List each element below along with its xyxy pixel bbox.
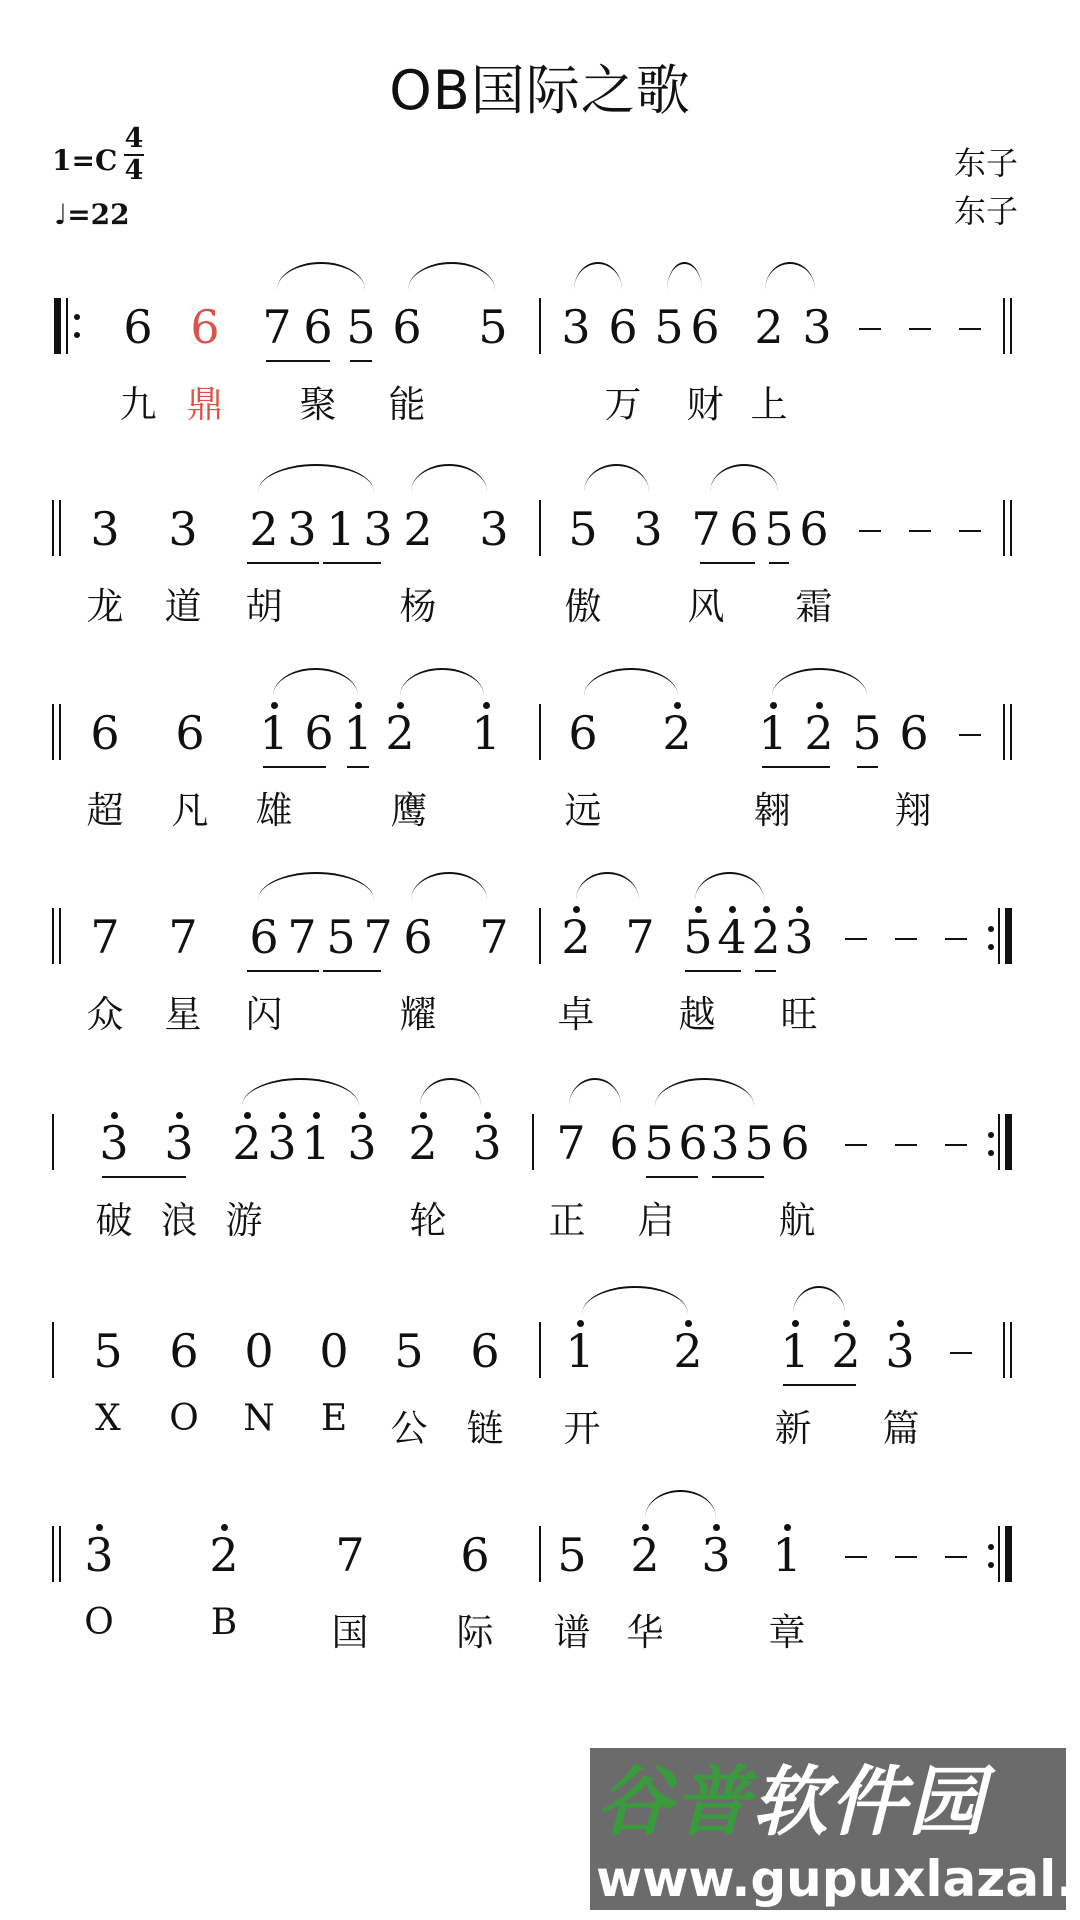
lyric: 上 [744, 374, 794, 428]
note-high: 2 [799, 710, 839, 756]
note: 5 [389, 1328, 429, 1374]
double-barline [52, 500, 54, 556]
note-digit: 3 [267, 1116, 296, 1170]
lyric: 星 [158, 984, 208, 1038]
octave-dot [176, 1112, 183, 1119]
repeat-end-thick-bar [1005, 1114, 1012, 1170]
slur [420, 1078, 481, 1106]
note-high: 1 [560, 1328, 600, 1374]
octave-dot [763, 906, 770, 913]
note-digit: 3 [99, 1116, 128, 1170]
note: 6 [164, 1328, 204, 1374]
note-high: 1 [767, 1532, 807, 1578]
note-digit: 1 [772, 1528, 801, 1582]
octave-dot [359, 1112, 366, 1119]
watermark-brand-green: 谷普 [596, 1757, 752, 1846]
note: 5 [341, 304, 381, 350]
lyric: X [83, 1398, 133, 1439]
composer: 东子 [954, 186, 1018, 232]
slur [576, 872, 639, 900]
note-digit: 2 [662, 706, 691, 760]
lyric: 翱 [747, 780, 797, 834]
lyric: 浪 [154, 1190, 204, 1244]
repeat-dot [988, 1150, 994, 1156]
barline [539, 908, 541, 964]
underline-eighth [712, 1176, 764, 1178]
note-digit: 1 [780, 1324, 809, 1378]
note-digit: 1 [565, 1324, 594, 1378]
lyric: 万 [598, 374, 648, 428]
octave-dot [313, 1112, 320, 1119]
note: 7 [257, 304, 297, 350]
repeat-dot [74, 332, 80, 338]
underline-eighth [857, 766, 878, 768]
lyric: 旺 [774, 984, 824, 1038]
slur [411, 872, 487, 900]
note-high: 3 [342, 1120, 382, 1166]
hold-dash [895, 1144, 917, 1146]
slur [772, 668, 867, 696]
octave-dot [685, 1320, 692, 1327]
watermark-url: www.gupuxlazal.com [596, 1852, 1080, 1906]
repeat-end-thick-bar [1005, 908, 1012, 964]
lyric: E [309, 1398, 359, 1439]
octave-dot [221, 1524, 228, 1531]
hold-dash [945, 1144, 967, 1146]
note-high: 2 [380, 710, 420, 756]
note-digit: 3 [784, 910, 813, 964]
lyric: N [234, 1398, 284, 1439]
underline-eighth [347, 766, 369, 768]
lyric-highlighted: 鼎 [180, 374, 230, 428]
repeat-dot [988, 926, 994, 932]
note-digit: 3 [472, 1116, 501, 1170]
tempo-value: =22 [67, 198, 129, 231]
staff-row-2: 3 3 2 3 1 3 2 3 5 3 7 6 5 6 龙 道 胡 杨 傲 风 … [0, 506, 1080, 626]
barline [539, 704, 541, 760]
underline-eighth [102, 1176, 186, 1178]
lyric: 鹰 [384, 780, 434, 834]
note-high: 1 [466, 710, 506, 756]
note: 2 [398, 506, 438, 552]
slur [667, 262, 702, 290]
double-barline [52, 1526, 54, 1582]
note-high: 2 [826, 1328, 866, 1374]
slur [258, 464, 374, 492]
note: 5 [88, 1328, 128, 1374]
hold-dash [859, 328, 881, 330]
repeat-dot [988, 944, 994, 950]
note-digit: 5 [683, 910, 712, 964]
underline-eighth [350, 360, 372, 362]
note-high: 1 [254, 710, 294, 756]
octave-dot [816, 702, 823, 709]
hold-dash [959, 328, 981, 330]
time-signature: 4 4 [122, 124, 146, 186]
octave-dot [96, 1524, 103, 1531]
slur [793, 1286, 845, 1314]
note: 3 [797, 304, 837, 350]
double-barline [52, 704, 54, 760]
note: 3 [556, 304, 596, 350]
octave-dot [642, 1524, 649, 1531]
slur [277, 262, 365, 290]
note: 7 [358, 914, 398, 960]
slur [569, 1078, 621, 1106]
note: 7 [620, 914, 660, 960]
lyric: 航 [772, 1190, 822, 1244]
double-barline [1003, 704, 1005, 760]
note: 6 [563, 710, 603, 756]
note-high: 3 [159, 1120, 199, 1166]
octave-dot [111, 1112, 118, 1119]
lyric: 众 [80, 984, 130, 1038]
underline-eighth [247, 970, 319, 972]
note-digit: 2 [385, 706, 414, 760]
note: 5 [649, 304, 689, 350]
double-barline [52, 908, 54, 964]
hold-dash [895, 938, 917, 940]
octave-dot [577, 1320, 584, 1327]
lyric: 远 [558, 780, 608, 834]
lyric: 轮 [403, 1190, 453, 1244]
lyric: 雄 [249, 780, 299, 834]
note-high: 1 [775, 1328, 815, 1374]
lyric: 游 [219, 1190, 269, 1244]
note: 6 [398, 914, 438, 960]
repeat-end-thick-bar [1005, 1526, 1012, 1582]
note: 6 [85, 710, 125, 756]
lyric: 翔 [888, 780, 938, 834]
underline-eighth [263, 766, 326, 768]
slur [695, 872, 764, 900]
note: 7 [330, 1532, 370, 1578]
note-digit: 2 [209, 1528, 238, 1582]
slur [273, 668, 358, 696]
barline [539, 1526, 541, 1582]
staff-row-4: 7 7 6 7 5 7 6 7 2 7 5 4 2 3 众 星 闪 耀 卓 越 … [0, 914, 1080, 1034]
note: 7 [474, 914, 514, 960]
lyric: 篇 [876, 1398, 926, 1452]
note-highlighted: 6 [185, 304, 225, 350]
double-barline [1010, 1322, 1012, 1378]
lyric: 聚 [293, 374, 343, 428]
lyric: 章 [762, 1602, 812, 1656]
note-digit: 1 [758, 706, 787, 760]
note-high: 3 [94, 1120, 134, 1166]
lyric: 新 [768, 1398, 818, 1452]
slur [242, 1078, 359, 1106]
repeat-dot [988, 1132, 994, 1138]
underline-eighth [247, 562, 319, 564]
note: 5 [473, 304, 513, 350]
underline-eighth [755, 970, 776, 972]
lyric: 傲 [558, 576, 608, 630]
quarter-note-icon: ♩ [54, 198, 67, 231]
lyric: 凡 [165, 780, 215, 834]
note: 5 [759, 506, 799, 552]
note: 7 [163, 914, 203, 960]
slur [411, 464, 487, 492]
hold-dash [859, 530, 881, 532]
note-high: 1 [338, 710, 378, 756]
note: 1 [321, 506, 361, 552]
note: 6 [603, 304, 643, 350]
double-barline [1010, 298, 1012, 354]
repeat-end-thin-bar [998, 1114, 1000, 1170]
note: 6 [724, 506, 764, 552]
note-digit: 3 [347, 1116, 376, 1170]
note-digit: 3 [164, 1116, 193, 1170]
double-barline [1010, 704, 1012, 760]
note-high: 3 [779, 914, 819, 960]
barline [532, 1114, 534, 1170]
tempo-marking: ♩=22 [54, 198, 130, 231]
lyric: 龙 [80, 576, 130, 630]
staff-row-6: 5 6 0 0 5 6 1 2 1 2 3 X O N E 公 链 开 新 篇 [0, 1328, 1080, 1448]
note-digit: 2 [232, 1116, 261, 1170]
note-digit: 2 [804, 706, 833, 760]
double-barline [59, 500, 61, 556]
barline [539, 500, 541, 556]
octave-dot [695, 906, 702, 913]
underline-eighth [685, 970, 741, 972]
note: 3 [474, 506, 514, 552]
lyric: 越 [672, 984, 722, 1038]
note-digit: 3 [84, 1528, 113, 1582]
double-barline [59, 704, 61, 760]
lyric: B [199, 1602, 249, 1643]
octave-dot [355, 702, 362, 709]
octave-dot [897, 1320, 904, 1327]
note: 6 [387, 304, 427, 350]
lyric: 杨 [393, 576, 443, 630]
hold-dash [959, 530, 981, 532]
slur [582, 1286, 688, 1314]
hold-dash [959, 734, 981, 736]
hold-dash [909, 328, 931, 330]
lyric: 道 [158, 576, 208, 630]
lyric: 财 [680, 374, 730, 428]
note-high: 3 [696, 1532, 736, 1578]
octave-dot [397, 702, 404, 709]
slur [408, 262, 495, 290]
slur [574, 262, 622, 290]
hold-dash [909, 530, 931, 532]
note: 3 [163, 506, 203, 552]
song-title: OB国际之歌 [0, 48, 1080, 125]
note: 3 [628, 506, 668, 552]
octave-dot [573, 906, 580, 913]
note: 7 [686, 506, 726, 552]
octave-dot [484, 1112, 491, 1119]
double-barline [59, 1526, 61, 1582]
note-digit: 3 [701, 1528, 730, 1582]
note: 7 [551, 1120, 591, 1166]
lyric: 胡 [239, 576, 289, 630]
underline-eighth [762, 766, 830, 768]
lyric: O [159, 1398, 209, 1439]
note-digit: 2 [831, 1324, 860, 1378]
note: 5 [563, 506, 603, 552]
octave-dot [843, 1320, 850, 1327]
underline-eighth [783, 1384, 856, 1386]
underline-eighth [769, 562, 789, 564]
octave-dot [674, 702, 681, 709]
lyric: 谱 [547, 1602, 597, 1656]
lyric: 超 [80, 780, 130, 834]
octave-dot [713, 1524, 720, 1531]
octave-dot [729, 906, 736, 913]
watermark-brand-white: 软件园 [752, 1757, 986, 1846]
lyric: 国 [325, 1602, 375, 1656]
staff-row-3: 6 6 1 6 1 2 1 6 2 1 2 5 6 超 凡 雄 鹰 远 翱 翔 [0, 710, 1080, 830]
note-high: 3 [880, 1328, 920, 1374]
note-high: 2 [204, 1532, 244, 1578]
note: 3 [358, 506, 398, 552]
octave-dot [244, 1112, 251, 1119]
underline-eighth [323, 970, 381, 972]
note-digit: 1 [301, 1116, 330, 1170]
octave-dot [796, 906, 803, 913]
underline-eighth [266, 360, 330, 362]
time-numerator: 4 [125, 123, 144, 154]
double-barline [59, 908, 61, 964]
note-high: 2 [556, 914, 596, 960]
barline [539, 298, 541, 354]
note-digit: 1 [471, 706, 500, 760]
repeat-end-thin-bar [998, 908, 1000, 964]
note-digit: 2 [408, 1116, 437, 1170]
note-digit: 2 [630, 1528, 659, 1582]
note: 5 [552, 1532, 592, 1578]
hold-dash [950, 1352, 972, 1354]
octave-dot [770, 702, 777, 709]
hold-dash [845, 1556, 867, 1558]
note-high: 2 [403, 1120, 443, 1166]
hold-dash [845, 1144, 867, 1146]
slur [584, 668, 678, 696]
note: 2 [244, 506, 284, 552]
lyric: 耀 [393, 984, 443, 1038]
staff-row-1: 6 6 7 6 5 6 5 3 6 5 6 2 3 九 鼎 聚 能 万 财 上 [0, 304, 1080, 424]
repeat-dot [988, 1544, 994, 1550]
note: 3 [85, 506, 125, 552]
note: 5 [847, 710, 887, 756]
lyric: 能 [382, 374, 432, 428]
hold-dash [945, 1556, 967, 1558]
note: 6 [299, 710, 339, 756]
note: 6 [685, 304, 725, 350]
note: 6 [118, 304, 158, 350]
note-digit: 2 [751, 910, 780, 964]
note: 6 [244, 914, 284, 960]
note-high: 3 [79, 1532, 119, 1578]
key-signature: 1=C [52, 144, 117, 177]
slur [584, 464, 649, 492]
barline [539, 1322, 541, 1378]
note: 6 [298, 304, 338, 350]
lyric: 九 [113, 374, 163, 428]
note: 6 [794, 506, 834, 552]
note: 5 [739, 1120, 779, 1166]
double-barline [1003, 1322, 1005, 1378]
lyric: 华 [620, 1602, 670, 1656]
note-high: 2 [227, 1120, 267, 1166]
octave-dot [279, 1112, 286, 1119]
repeat-start-thin-bar [66, 298, 68, 354]
time-denominator: 4 [125, 155, 144, 186]
slur [400, 668, 484, 696]
lyric: 闪 [239, 984, 289, 1038]
lyric: 开 [557, 1398, 607, 1452]
rest: 0 [314, 1328, 354, 1374]
staff-row-5: 3 3 2 3 1 3 2 3 7 6 5 6 3 5 6 破 浪 游 轮 正 … [0, 1120, 1080, 1240]
rest: 0 [239, 1328, 279, 1374]
lyric: 风 [681, 576, 731, 630]
slur [710, 464, 778, 492]
note: 5 [321, 914, 361, 960]
octave-dot [792, 1320, 799, 1327]
octave-dot [784, 1524, 791, 1531]
octave-dot [483, 702, 490, 709]
note-high: 2 [625, 1532, 665, 1578]
lyric: 链 [460, 1398, 510, 1452]
lyric: O [74, 1602, 124, 1643]
double-barline [1003, 500, 1005, 556]
note-high: 2 [657, 710, 697, 756]
repeat-end-thin-bar [998, 1526, 1000, 1582]
underline-eighth [646, 1176, 698, 1178]
note-high: 1 [296, 1120, 336, 1166]
lyric: 启 [631, 1190, 681, 1244]
lyricist: 东子 [954, 138, 1018, 184]
double-barline [1003, 298, 1005, 354]
barline [52, 1114, 54, 1170]
note-high: 1 [753, 710, 793, 756]
octave-dot [420, 1112, 427, 1119]
note-digit: 4 [717, 910, 746, 964]
hold-dash [945, 938, 967, 940]
note: 7 [282, 914, 322, 960]
note: 7 [85, 914, 125, 960]
underline-eighth [323, 562, 381, 564]
octave-dot [271, 702, 278, 709]
note-digit: 1 [259, 706, 288, 760]
watermark-logo: 谷普软件园 www.gupuxlazal.com [590, 1748, 1066, 1910]
note: 6 [894, 710, 934, 756]
slur [765, 262, 815, 290]
note-digit: 3 [885, 1324, 914, 1378]
slur [258, 872, 374, 900]
repeat-dot [988, 1562, 994, 1568]
repeat-start-thick-bar [54, 298, 61, 354]
note-high: 3 [467, 1120, 507, 1166]
double-barline [1010, 500, 1012, 556]
note: 6 [604, 1120, 644, 1166]
lyric: 公 [384, 1398, 434, 1452]
staff-row-7: 3 2 7 6 5 2 3 1 O B 国 际 谱 华 章 [0, 1532, 1080, 1652]
hold-dash [895, 1556, 917, 1558]
note: 3 [282, 506, 322, 552]
watermark-brand: 谷普软件园 [596, 1762, 986, 1842]
lyric: 际 [450, 1602, 500, 1656]
note-high: 2 [668, 1328, 708, 1374]
note-digit: 2 [561, 910, 590, 964]
slur [655, 1078, 754, 1106]
note: 2 [749, 304, 789, 350]
slur [645, 1490, 716, 1518]
